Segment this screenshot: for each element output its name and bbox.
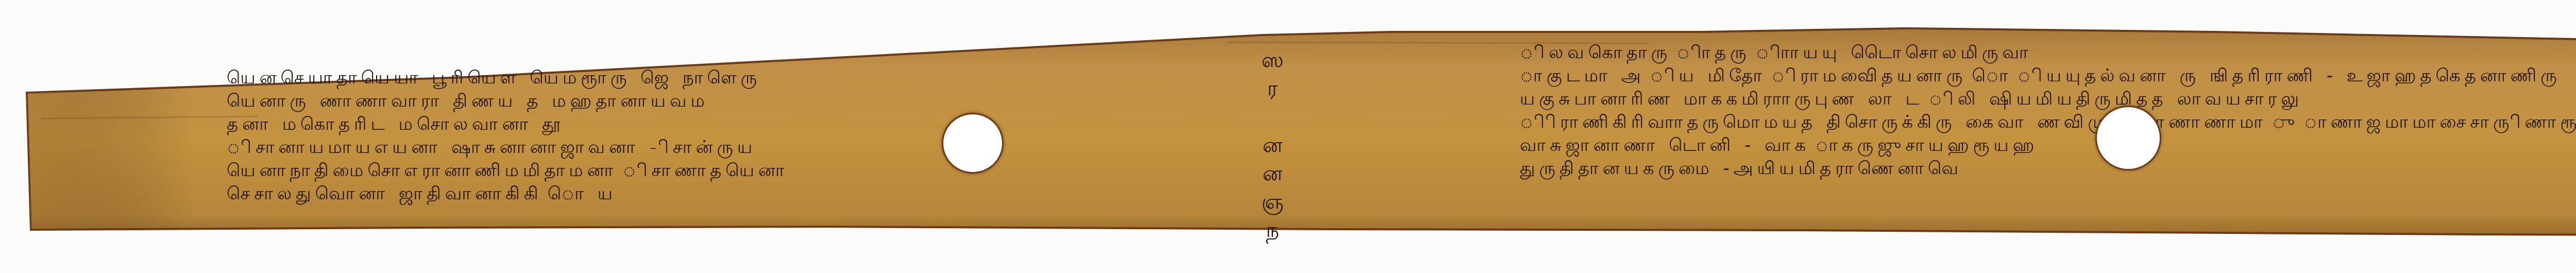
margin-column: ஸ ர ன ன ஞ ந [1257, 46, 1288, 245]
text-line: யகுசுபானாரிண மாககமிராாருபுண லா ட ிலி ஷிய… [1520, 87, 2576, 110]
margin-char: ந [1257, 216, 1288, 245]
margin-char: ன [1257, 131, 1288, 160]
string-hole-left [943, 114, 1002, 172]
right-text-block: ிலவகொதாரு ிாதரு ிாாயயு டொெசொலமிருவா ாகுட… [1520, 40, 2576, 179]
margin-char [1257, 103, 1288, 131]
margin-char: ர [1257, 75, 1288, 103]
left-text-block: யெனசெயாதாயெயா பூரியெள யெமரூாரு ஜெ நாளெரு… [227, 66, 789, 205]
text-line: யெனசெயாதாயெயா பூரியெள யெமரூாரு ஜெ நாளெரு [227, 66, 789, 89]
text-line: யெனாரு ணாணாவாரா திணய த மஹதானாயவம [227, 89, 789, 112]
margin-char: ன [1257, 160, 1288, 188]
text-line: யெனாநாதிமைசொஎரானாணிமமிதாமனா ிசாணாதயெனா [227, 159, 789, 182]
text-line: வாசுஜானாணா டொனி - வாக ாகருஜுசாயஹரூயஹ [1520, 133, 2576, 156]
text-line: செசாலதுவொனா ஜாதிவானாகிகி ொ ய [227, 182, 789, 205]
text-line: ிலவகொதாரு ிாதரு ிாாயயு டொெசொலமிருவா [1520, 40, 2576, 63]
text-line: துருதிதானயகருமை -அயியமிதராணெனாவெ [1520, 156, 2576, 179]
text-line: ாகுடமா அ ிய மிதோ ிராமவைிதயனாரு ொ ியயுதல்… [1520, 63, 2576, 87]
margin-char: ஞ [1257, 188, 1288, 216]
string-hole-right [2097, 107, 2160, 169]
text-line: தனா மகொதரிட மசொலவானா தூ [227, 112, 789, 135]
margin-char: ஸ [1257, 46, 1288, 75]
text-line: ிசானாயமாயஎயனா ஷாசுனானாஜாவனா -ிசான்ருய [227, 135, 789, 159]
text-line: ிிராணிகிரிவாாதருமொமயத திசொருக்கிரு கைவா … [1520, 110, 2576, 133]
